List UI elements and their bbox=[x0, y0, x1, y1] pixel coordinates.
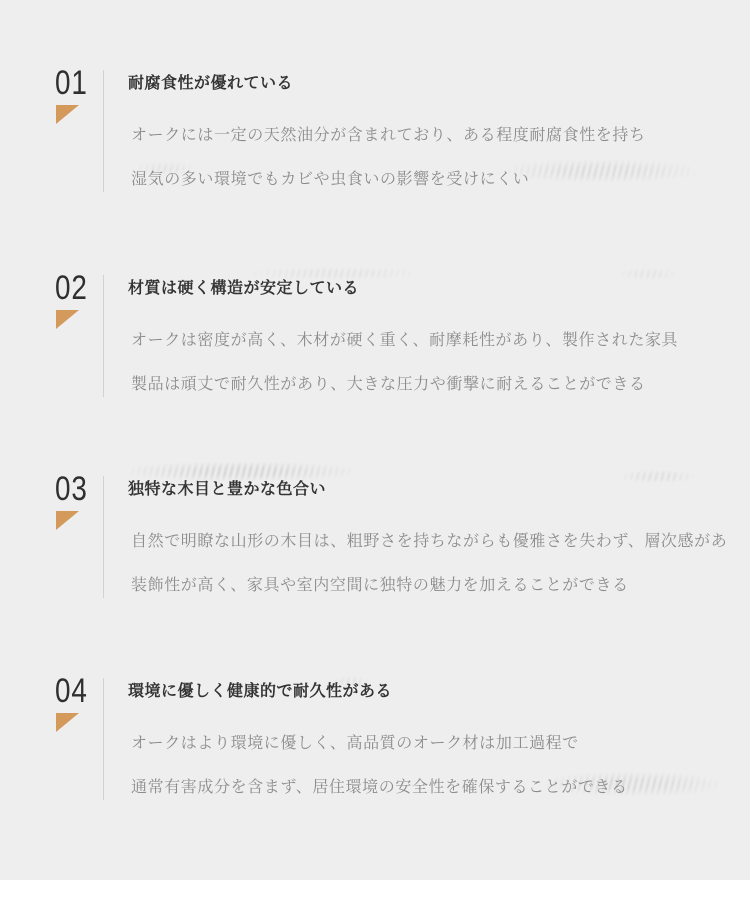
section-description-line1: 自然で明瞭な山形の木目は、粗野さを持ちながらも優雅さを失わず、層次感があ bbox=[131, 532, 727, 552]
section-description-line2: 装飾性が高く、家具や室内空間に独特の魅力を加えることができる bbox=[131, 576, 629, 596]
feature-section-02: 02 材質は硬く構造が安定している オークは密度が高く、木材が硬く重く、耐摩耗性… bbox=[0, 277, 750, 437]
section-number: 04 bbox=[55, 674, 88, 708]
watermark-artifact bbox=[505, 160, 695, 182]
watermark-artifact bbox=[128, 462, 353, 481]
watermark-artifact bbox=[618, 268, 678, 280]
watermark-artifact bbox=[250, 267, 420, 280]
oak-features-panel: 01 耐腐食性が優れている オークには一定の天然油分が含まれており、ある程度耐腐… bbox=[0, 0, 750, 916]
feature-section-04: 04 環境に優しく健康的で耐久性がある オークはより環境に優しく、高品質のオーク… bbox=[0, 680, 750, 840]
section-description-line1: オークはより環境に優しく、高品質のオーク材は加工過程で bbox=[131, 734, 579, 754]
section-title: 独特な木目と豊かな色合い bbox=[128, 480, 326, 500]
section-number: 01 bbox=[55, 66, 88, 100]
vertical-divider bbox=[103, 678, 104, 800]
section-description-line1: オークは密度が高く、木材が硬く重く、耐摩耗性があり、製作された家具 bbox=[131, 331, 678, 351]
bottom-white-strip bbox=[0, 880, 750, 916]
corner-triangle-icon bbox=[56, 310, 79, 329]
feature-section-03: 03 独特な木目と豊かな色合い 自然で明瞭な山形の木目は、粗野さを持ちながらも優… bbox=[0, 478, 750, 638]
watermark-artifact bbox=[545, 772, 720, 796]
feature-section-01: 01 耐腐食性が優れている オークには一定の天然油分が含まれており、ある程度耐腐… bbox=[0, 72, 750, 232]
watermark-artifact bbox=[620, 470, 695, 483]
corner-triangle-icon bbox=[56, 713, 79, 732]
vertical-divider bbox=[103, 275, 104, 397]
section-description-line1: オークには一定の天然油分が含まれており、ある程度耐腐食性を持ち bbox=[131, 126, 646, 146]
vertical-divider bbox=[103, 70, 104, 192]
section-description-line2: 製品は頑丈で耐久性があり、大きな圧力や衝撃に耐えることができる bbox=[131, 375, 646, 395]
section-number: 02 bbox=[55, 271, 88, 305]
section-number: 03 bbox=[55, 472, 88, 506]
corner-triangle-icon bbox=[56, 105, 79, 124]
watermark-artifact bbox=[135, 162, 195, 175]
section-title: 耐腐食性が優れている bbox=[128, 74, 293, 94]
section-title: 材質は硬く構造が安定している bbox=[128, 279, 359, 299]
vertical-divider bbox=[103, 476, 104, 598]
corner-triangle-icon bbox=[56, 511, 79, 530]
watermark-artifact bbox=[330, 676, 370, 687]
